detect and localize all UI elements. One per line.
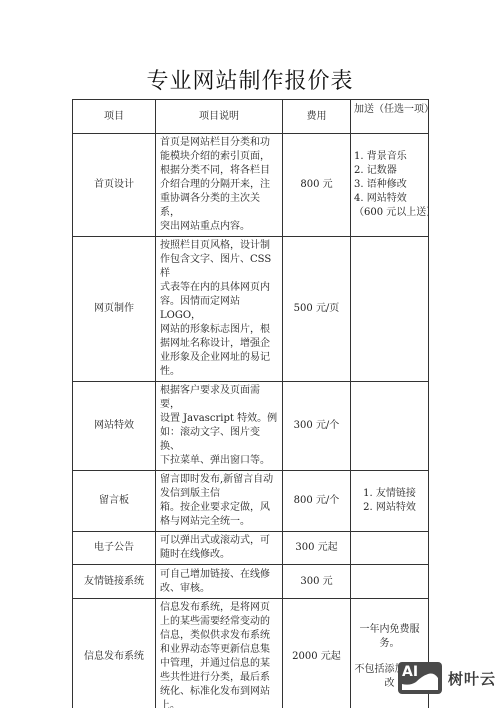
ai-image-logo-icon: AI <box>398 662 442 694</box>
header-item: 项目 <box>73 100 156 134</box>
cell-extra: 1. 友情链接 2. 网站特效 <box>351 471 429 532</box>
cell-fee: 300 元起 <box>283 532 351 565</box>
extra-line: 1. 背景音乐 <box>354 150 425 164</box>
extra-line: 2. 记数器 <box>354 164 425 178</box>
desc-line: 重协调各分类的主次关系， <box>160 192 278 220</box>
desc-line: 箱。按企业要求定做，风 <box>160 501 278 515</box>
header-fee: 费用 <box>283 100 351 134</box>
extra-line: 3. 语种修改 <box>354 178 425 192</box>
desc-line: 可自己增加链接、在线修 <box>160 568 278 582</box>
desc-line: 介绍合理的分隔开来，注 <box>160 178 278 192</box>
extra-line: （600 元以上送） <box>354 206 425 220</box>
desc-line: 作包含文字、图片、CSS 样 <box>160 253 278 281</box>
desc-line: 容。因情而定网站 LOGO， <box>160 295 278 323</box>
cell-extra <box>351 382 429 471</box>
desc-line: 统化、标准化发布到网站 <box>160 685 278 699</box>
desc-line: 信息，类似供求发布系统 <box>160 629 278 643</box>
cell-extra <box>351 532 429 565</box>
header-extra: 加送（任选一项） <box>351 100 429 134</box>
mountain-icon <box>398 662 442 694</box>
header-description: 项目说明 <box>156 100 283 134</box>
cell-fee: 2000 元起 <box>283 599 351 708</box>
desc-line: 些共性进行分类，最后系 <box>160 671 278 685</box>
price-table: 项目 项目说明 费用 加送（任选一项） 首页设计 首页是网站栏目分类和功 能模块… <box>72 99 429 708</box>
cell-fee: 500 元/页 <box>283 237 351 382</box>
cell-description: 根据客户要求及页面需要， 设置 Javascript 特效。例 如：滚动文字、图… <box>156 382 283 471</box>
table-row: 信息发布系统 信息发布系统，是将网页 上的某些需要经常变动的 信息，类似供求发布… <box>73 599 429 708</box>
cell-description: 信息发布系统，是将网页 上的某些需要经常变动的 信息，类似供求发布系统 和业界动… <box>156 599 283 708</box>
cell-extra <box>351 565 429 599</box>
desc-line: 网站的形象标志图片，根 <box>160 323 278 337</box>
desc-line: 据网址名称设计，增强企 <box>160 337 278 351</box>
page-title: 专业网站制作报价表 <box>0 64 500 95</box>
table-row: 留言板 留言即时发布,新留言自动 发信到版主信 箱。按企业要求定做，风 格与网站… <box>73 471 429 532</box>
cell-item: 首页设计 <box>73 134 156 237</box>
cell-fee: 300 元 <box>283 565 351 599</box>
cell-item: 信息发布系统 <box>73 599 156 708</box>
desc-line: 如：滚动文字、图片变换、 <box>160 426 278 454</box>
desc-line: 和业界动态等更新信息集 <box>160 643 278 657</box>
desc-line: 可以弹出式或滚动式，可 <box>160 534 278 548</box>
brand-name: 树叶云 <box>448 668 496 689</box>
cell-extra: 1. 背景音乐 2. 记数器 3. 语种修改 4. 网站特效 （600 元以上送… <box>351 134 429 237</box>
extra-line: 一年内免费服务。 <box>354 623 425 651</box>
desc-line: 随时在线修改。 <box>160 548 278 562</box>
desc-line: 下拉菜单、弹出窗口等。 <box>160 454 278 468</box>
table-row: 电子公告 可以弹出式或滚动式，可 随时在线修改。 300 元起 <box>73 532 429 565</box>
desc-line: 根据分类不同，将各栏目 <box>160 164 278 178</box>
desc-line: 性。 <box>160 365 278 379</box>
desc-line: 中管理，并通过信息的某 <box>160 657 278 671</box>
desc-line: 上。 <box>160 699 278 708</box>
desc-line: 根据客户要求及页面需要， <box>160 384 278 412</box>
cell-fee: 800 元 <box>283 134 351 237</box>
cell-item: 网站特效 <box>73 382 156 471</box>
extra-line: 2. 网站特效 <box>354 501 425 515</box>
extra-line: 1. 友情链接 <box>354 487 425 501</box>
desc-line: 上的某些需要经常变动的 <box>160 615 278 629</box>
table-row: 友情链接系统 可自己增加链接、在线修 改、审核。 300 元 <box>73 565 429 599</box>
table-row: 网页制作 按照栏目页风格，设计制 作包含文字、图片、CSS 样 式表等在内的具体… <box>73 237 429 382</box>
desc-line: 改、审核。 <box>160 582 278 596</box>
cell-description: 可以弹出式或滚动式，可 随时在线修改。 <box>156 532 283 565</box>
cell-fee: 800 元/个 <box>283 471 351 532</box>
extra-line: 4. 网站特效 <box>354 192 425 206</box>
cell-item: 留言板 <box>73 471 156 532</box>
desc-line: 首页是网站栏目分类和功 <box>160 136 278 150</box>
cell-description: 可自己增加链接、在线修 改、审核。 <box>156 565 283 599</box>
table-row: 首页设计 首页是网站栏目分类和功 能模块介绍的索引页面， 根据分类不同，将各栏目… <box>73 134 429 237</box>
desc-line: 按照栏目页风格，设计制 <box>160 239 278 253</box>
cell-description: 按照栏目页风格，设计制 作包含文字、图片、CSS 样 式表等在内的具体网页内 容… <box>156 237 283 382</box>
cell-extra <box>351 237 429 382</box>
watermark: AI 树叶云 <box>398 662 496 694</box>
cell-description: 首页是网站栏目分类和功 能模块介绍的索引页面， 根据分类不同，将各栏目 介绍合理… <box>156 134 283 237</box>
desc-line: 突出网站重点内容。 <box>160 220 278 234</box>
cell-fee: 300 元/个 <box>283 382 351 471</box>
table-row: 网站特效 根据客户要求及页面需要， 设置 Javascript 特效。例 如：滚… <box>73 382 429 471</box>
cell-item: 网页制作 <box>73 237 156 382</box>
table-header-row: 项目 项目说明 费用 加送（任选一项） <box>73 100 429 134</box>
desc-line: 格与网站完全统一。 <box>160 515 278 529</box>
cell-item: 电子公告 <box>73 532 156 565</box>
cell-description: 留言即时发布,新留言自动 发信到版主信 箱。按企业要求定做，风 格与网站完全统一… <box>156 471 283 532</box>
desc-line: 信息发布系统，是将网页 <box>160 601 278 615</box>
desc-line: 能模块介绍的索引页面， <box>160 150 278 164</box>
cell-item: 友情链接系统 <box>73 565 156 599</box>
desc-line: 业形象及企业网址的易记 <box>160 351 278 365</box>
desc-line: 设置 Javascript 特效。例 <box>160 412 278 426</box>
desc-line: 式表等在内的具体网页内 <box>160 281 278 295</box>
desc-line: 发信到版主信 <box>160 487 278 501</box>
desc-line: 留言即时发布,新留言自动 <box>160 473 278 487</box>
